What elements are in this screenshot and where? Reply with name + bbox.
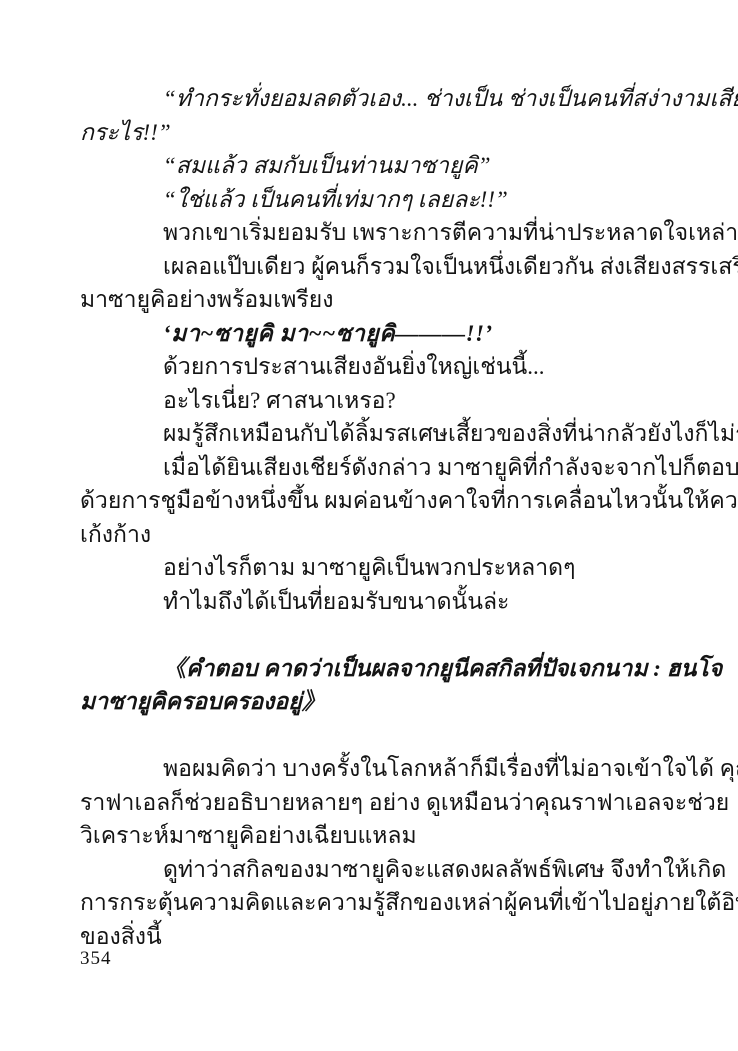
book-page: “ทำกระทั่งยอมลดตัวเอง... ช่างเป็น ช่างเป… bbox=[0, 0, 738, 1051]
narration-line: ด้วยการชูมือข้างหนึ่งขึ้น ผมค่อนข้างคาใจ… bbox=[80, 484, 666, 518]
narration-line: วิเคราะห์มาซายูคิอย่างเฉียบแหลม bbox=[80, 819, 666, 853]
page-number: 354 bbox=[80, 948, 112, 970]
dialogue-line: “สมแล้ว สมกับเป็นท่านมาซายูคิ” bbox=[80, 149, 666, 183]
answer-block-line: 《คำตอบ คาดว่าเป็นผลจากยูนีคสกิลที่ปัจเจก… bbox=[80, 652, 666, 686]
narration-line: อะไรเนี่ย? ศาสนาเหรอ? bbox=[80, 384, 666, 418]
answer-block-line: มาซายูคิครอบครองอยู่》 bbox=[80, 685, 666, 719]
dialogue-line: กระไร!!” bbox=[80, 116, 666, 150]
narration-line: พอผมคิดว่า บางครั้งในโลกหล้าก็มีเรื่องที… bbox=[80, 752, 666, 786]
blank-line bbox=[80, 618, 666, 652]
narration-line: อย่างไรก็ตาม มาซายูคิเป็นพวกประหลาดๆ bbox=[80, 551, 666, 585]
narration-line: ของสิ่งนี้ bbox=[80, 920, 666, 954]
narration-line: ด้วยการประสานเสียงอันยิ่งใหญ่เช่นนี้... bbox=[80, 350, 666, 384]
narration-line: เมื่อได้ยินเสียงเชียร์ดังกล่าว มาซายูคิท… bbox=[80, 451, 666, 485]
page-text-block: “ทำกระทั่งยอมลดตัวเอง... ช่างเป็น ช่างเป… bbox=[80, 82, 666, 953]
narration-line: ผมรู้สึกเหมือนกับได้ลิ้มรสเศษเสี้ยวของสิ… bbox=[80, 417, 666, 451]
dialogue-line: “ทำกระทั่งยอมลดตัวเอง... ช่างเป็น ช่างเป… bbox=[80, 82, 666, 116]
narration-line: พวกเขาเริ่มยอมรับ เพราะการตีความที่น่าปร… bbox=[80, 216, 666, 250]
chant-line: ‘มา~ซายูคิ มา~~ซายูคิ———!!’ bbox=[80, 317, 666, 351]
narration-line: เผลอแป๊บเดียว ผู้คนก็รวมใจเป็นหนึ่งเดียว… bbox=[80, 250, 666, 284]
narration-line: ดูท่าว่าสกิลของมาซายูคิจะแสดงผลลัพธ์พิเศ… bbox=[80, 853, 666, 887]
narration-line: เก้งก้าง bbox=[80, 518, 666, 552]
blank-line bbox=[80, 719, 666, 753]
narration-line: มาซายูคิอย่างพร้อมเพรียง bbox=[80, 283, 666, 317]
narration-line: ทำไมถึงได้เป็นที่ยอมรับขนาดนั้นล่ะ bbox=[80, 585, 666, 619]
narration-line: ราฟาเอลก็ช่วยอธิบายหลายๆ อย่าง ดูเหมือนว… bbox=[80, 786, 666, 820]
dialogue-line: “ใช่แล้ว เป็นคนที่เท่มากๆ เลยละ!!” bbox=[80, 183, 666, 217]
narration-line: การกระตุ้นความคิดและความรู้สึกของเหล่าผู… bbox=[80, 886, 666, 920]
